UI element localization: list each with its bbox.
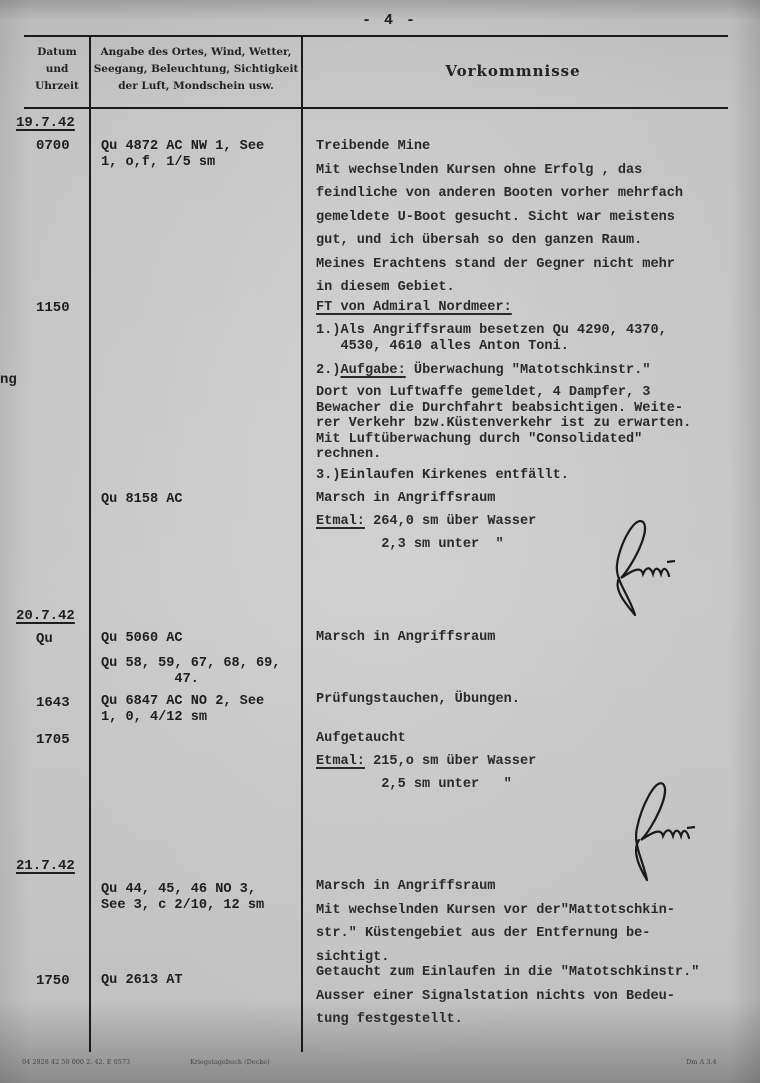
page-number: - 4 - xyxy=(362,12,417,29)
entry-date: 20.7.42 xyxy=(16,608,75,624)
entry-time: 1750 xyxy=(36,973,70,989)
header-location-line: der Luft, Mondschein usw. xyxy=(92,78,300,95)
entry-time: 1150 xyxy=(36,300,70,316)
header-date-column: Datum und Uhrzeit xyxy=(26,44,88,95)
table-top-rule xyxy=(24,35,728,37)
etmal-submerged: 2,3 sm unter " xyxy=(316,533,504,557)
radio-message-heading: FT von Admiral Nordmeer: xyxy=(316,296,512,320)
header-location-line: Seegang, Beleuchtung, Sichtigkeit xyxy=(92,61,300,78)
daily-run: Etmal: 264,0 sm über Wasser xyxy=(316,510,536,534)
entry-location: Qu 2613 AT xyxy=(101,973,183,989)
entry-location: Qu 5060 AC xyxy=(101,631,183,647)
task-label: Aufgabe: xyxy=(340,363,405,378)
entry-time: 0700 xyxy=(36,138,70,154)
entry-event: Marsch in Angriffsraum Mit wechselnden K… xyxy=(316,875,675,969)
commander-signature xyxy=(625,770,705,890)
column-divider-2 xyxy=(301,36,303,1052)
entry-event: Treibende Mine Mit wechselnden Kursen oh… xyxy=(316,135,683,300)
column-divider-1 xyxy=(89,36,91,1052)
form-number: 04 2928 42 50 000 2. 42. E 0573 xyxy=(22,1058,130,1066)
header-date-line: Datum xyxy=(26,44,88,61)
entry-time: 1705 xyxy=(36,732,70,748)
entry-location: Qu 8158 AC xyxy=(101,492,183,508)
entry-event: Marsch in Angriffsraum xyxy=(316,487,495,511)
etmal-label: Etmal: xyxy=(316,514,365,529)
header-date-line: und xyxy=(26,61,88,78)
daily-run: Etmal: 215,o sm über Wasser xyxy=(316,750,536,774)
item-number: 2.) xyxy=(316,363,340,378)
entry-location: Qu 4872 AC NW 1, See 1, o,f, 1/5 sm xyxy=(101,139,264,170)
entry-location: Qu 58, 59, 67, 68, 69, 47. xyxy=(101,656,280,687)
radio-message-item: 3.)Einlaufen Kirkenes entfällt. xyxy=(316,464,569,488)
header-date-line: Uhrzeit xyxy=(26,78,88,95)
header-location-column: Angabe des Ortes, Wind, Wetter, Seegang,… xyxy=(92,44,300,95)
task-text: Überwachung "Matotschkinstr." xyxy=(406,363,651,378)
form-code: Dm A 3.4 xyxy=(686,1058,717,1066)
etmal-surface: 215,o sm über Wasser xyxy=(365,754,536,769)
header-location-line: Angabe des Ortes, Wind, Wetter, xyxy=(92,44,300,61)
radio-message-item: 1.)Als Angriffsraum besetzen Qu 4290, 43… xyxy=(316,323,667,354)
commander-signature xyxy=(605,510,685,630)
entry-date: 21.7.42 xyxy=(16,858,75,874)
entry-time: 1643 xyxy=(36,695,70,711)
radio-message-body: Dort von Luftwaffe gemeldet, 4 Dampfer, … xyxy=(316,385,691,463)
entry-event: Prüfungstauchen, Übungen. xyxy=(316,688,520,712)
entry-time: Qu xyxy=(36,631,53,647)
entry-location: Qu 6847 AC NO 2, See 1, 0, 4/12 sm xyxy=(101,694,264,725)
entry-location: Qu 44, 45, 46 NO 3, See 3, c 2/10, 12 sm xyxy=(101,882,264,913)
radio-message-item: 2.)Aufgabe: Überwachung "Matotschkinstr.… xyxy=(316,359,650,383)
form-title: Kriegstagebuch (Decke) xyxy=(190,1058,270,1066)
entry-event: Aufgetaucht xyxy=(316,727,406,751)
header-events-column: Vorkommnisse xyxy=(303,63,723,80)
entry-event: Getaucht zum Einlaufen in die "Matotschk… xyxy=(316,961,699,1032)
etmal-submerged: 2,5 sm unter " xyxy=(316,773,512,797)
etmal-surface: 264,0 sm über Wasser xyxy=(365,514,536,529)
entry-event: Marsch in Angriffsraum xyxy=(316,626,495,650)
etmal-label: Etmal: xyxy=(316,754,365,769)
header-bottom-rule xyxy=(24,107,728,109)
margin-note: ng xyxy=(0,372,17,388)
entry-date: 19.7.42 xyxy=(16,115,75,131)
